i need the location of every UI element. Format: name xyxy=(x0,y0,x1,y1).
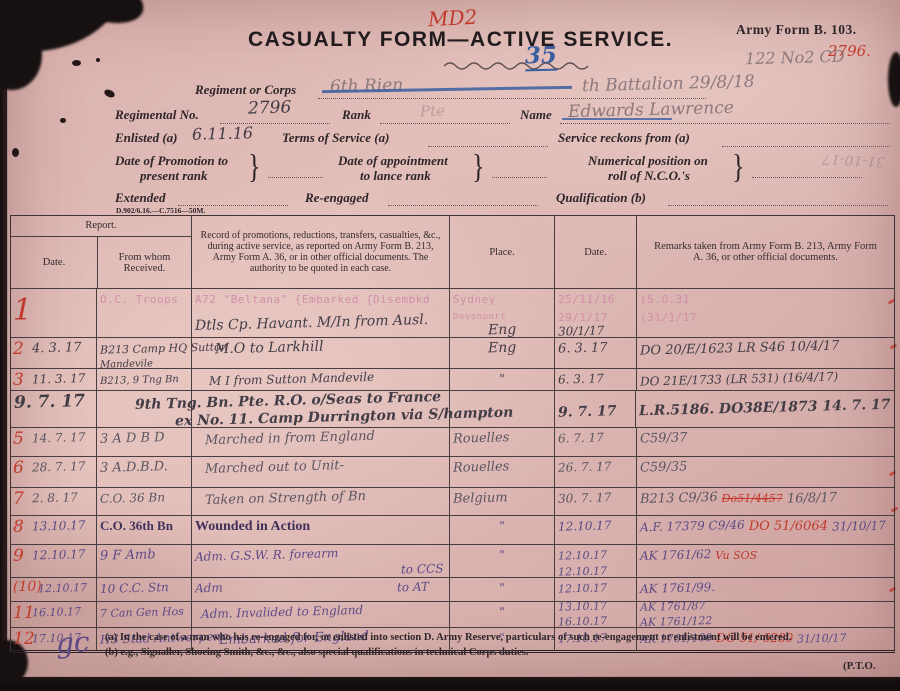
rank-label: Rank xyxy=(342,107,371,123)
regimental-no-label: Regimental No. xyxy=(115,107,199,123)
table-row: 514. 7. 17 3 A D B D Marched in from Eng… xyxy=(11,427,894,456)
record-stamp: A72 "Beltana" {Embarked {Disembkd xyxy=(195,293,430,306)
date-value: 6. 3. 17 xyxy=(558,371,604,386)
report-date-value: 12.10.17 xyxy=(14,581,87,596)
date-value: 12.10.17 xyxy=(558,548,607,562)
pto-note: (P.T.O. xyxy=(843,660,876,672)
place-stamp: Sydney xyxy=(453,293,496,306)
name-label: Name xyxy=(520,107,552,123)
remarks-value: L.R.5186. DO38E/1873 14. 7. 17 xyxy=(639,397,891,420)
from-whom-value: 9 F Amb xyxy=(100,547,156,563)
remarks-red: DO 51/6064 xyxy=(749,519,828,534)
footnote-a: (a) In the case of a man who has re-enga… xyxy=(105,632,865,643)
report-date-value: 4. 3. 17 xyxy=(14,340,82,357)
remarks-stamp: (S.O.31 xyxy=(640,293,690,306)
from-whom-value: O.C. Troops xyxy=(100,293,178,306)
qualification-label: Qualification (b) xyxy=(556,190,646,206)
from-whom-value: 10 C.C. Stn xyxy=(100,580,169,596)
enlisted-value: 6.11.16 xyxy=(192,123,254,144)
table-row: 1 O.C. Troops A72 "Beltana" {Embarked {D… xyxy=(11,288,894,337)
table-row: 813.10.17 C.O. 36th Bn Wounded in Action… xyxy=(11,515,894,544)
re-engaged-label: Re-engaged xyxy=(305,190,369,206)
record-value: M I from Sutton Mandevile xyxy=(209,370,374,388)
from-whom-value: 3 A D B D xyxy=(100,430,165,447)
table-row: 24. 3. 17 B213 Camp HQ Sutton Mandevile … xyxy=(11,337,894,368)
scan-edge-bottom xyxy=(0,676,900,691)
casualty-record-table: Report. Date. From whom Received. Record… xyxy=(10,215,895,653)
remarks-date: 31/10/17 xyxy=(832,518,886,533)
remarks-value: C59/35 xyxy=(640,459,688,475)
service-reckons-label: Service reckons from (a) xyxy=(558,130,690,146)
place-stamp2: Devonport xyxy=(453,312,506,322)
regimental-no-value: 2796 xyxy=(248,97,292,118)
remarks-value: DO 21E/1733 (LR 531) (16/4/17) xyxy=(640,369,839,388)
table-row: 9. 7. 17 9th Tng. Bn. Pte. R.O. o/Seas t… xyxy=(11,390,894,427)
place-value: Rouelles xyxy=(453,430,510,446)
from-whom-value: 7 Can Gen Hos xyxy=(100,605,184,620)
ink-speck xyxy=(72,60,81,66)
remarks-red-struck: Do51/4457 xyxy=(722,492,783,505)
from-whom-stamp: C.O. 36th Bn xyxy=(100,518,173,533)
remarks-value: AK 1761/62 xyxy=(640,547,712,563)
appointment-label: Date of appointment xyxy=(338,153,448,169)
record-value: Adm. Invalided to England xyxy=(201,603,363,621)
remarks-header: Remarks taken from Army Form B. 213, Arm… xyxy=(637,216,894,288)
footnote-b: (b) e.g., Signaller, Shoeing Smith, &c.,… xyxy=(105,647,528,658)
remarks-value: DO 20/E/1623 LR S46 10/4/17 xyxy=(640,338,840,358)
record-value: Adm xyxy=(195,581,223,596)
form-title: CASUALTY FORM—ACTIVE SERVICE. xyxy=(248,28,673,52)
report-date-value: 9. 7. 17 xyxy=(14,391,85,413)
record-value: M.O to Larkhill xyxy=(215,339,324,358)
place-handwritten: Eng xyxy=(488,322,517,339)
remarks-value: A.F. 17379 C9/46 xyxy=(640,518,745,535)
red-serial-number: 2796. xyxy=(828,42,871,60)
table-row: 628. 7. 17 3 A.D.B.D. Marched out to Uni… xyxy=(11,456,894,487)
place-value: Rouelles xyxy=(453,459,510,475)
row-number: 1 xyxy=(13,293,32,328)
brace: } xyxy=(732,148,744,187)
report-date-value: 14. 7. 17 xyxy=(14,430,86,446)
form-number: Army Form B. 103. xyxy=(736,22,857,38)
extended-label: Extended xyxy=(115,190,166,206)
regiment-value-struck: 6th Rien xyxy=(330,75,404,97)
table-row: 912.10.17 9 F Amb Adm. G.S.W. R. forearm… xyxy=(11,544,894,577)
side-note-date: 31-10-17 xyxy=(822,150,886,169)
record-handwritten: Dtls Cp. Havant. M/In from Ausl. xyxy=(195,312,429,334)
table-row: 311. 3. 17 B213, 9 Tng Bn M I from Sutto… xyxy=(11,368,894,390)
remarks-value: AK 1761/99. xyxy=(640,580,715,596)
record-value: Adm. G.S.W. R. forearm xyxy=(195,546,339,564)
appointment-label2: to lance rank xyxy=(360,168,431,184)
place-value: " xyxy=(499,548,505,562)
report-date-value: 2. 8. 17 xyxy=(14,490,78,506)
date-value: 6. 7. 17 xyxy=(558,430,604,445)
date-value: 12.10.17 xyxy=(558,518,612,533)
remarks-value: AK 1761/87 xyxy=(640,599,706,614)
brace: } xyxy=(248,148,260,187)
date-value: 6. 3. 17 xyxy=(558,340,608,356)
place-value: " xyxy=(499,581,505,595)
ink-speck xyxy=(96,58,100,62)
report-date-value: 13.10.17 xyxy=(14,518,86,534)
remarks-stamp2: (31/1/17 xyxy=(640,311,697,324)
monogram-initials: gc xyxy=(55,625,90,660)
date-stamp2: 29/1/17 xyxy=(558,311,608,324)
table-row: 72. 8. 17 C.O. 36 Bn Taken on Strength o… xyxy=(11,487,894,515)
promotion-label2: present rank xyxy=(140,168,208,184)
remarks-red: Vu SOS xyxy=(715,549,757,562)
place-value: Eng xyxy=(488,340,517,357)
report-header-group: Report. Date. From whom Received. xyxy=(11,216,192,288)
report-date-value: 11. 3. 17 xyxy=(14,371,86,387)
ink-speck xyxy=(60,118,66,123)
date-stamp: 25/11/16 xyxy=(558,293,615,306)
place-value: Belgium xyxy=(453,490,508,506)
date-value: 12.10.17 xyxy=(558,581,607,595)
ink-blot xyxy=(888,52,900,107)
from-whom-value: 3 A.D.B.D. xyxy=(100,459,168,476)
from-whom-header: From whom Received. xyxy=(98,237,191,288)
remarks-date: 16/8/17 xyxy=(787,490,838,506)
date-value: 13.10.17 xyxy=(558,599,607,613)
report-date-value: 16.10.17 xyxy=(14,605,81,620)
table-header-row: Report. Date. From whom Received. Record… xyxy=(11,216,894,288)
brace: } xyxy=(472,148,484,187)
regiment-label: Regiment or Corps xyxy=(195,82,296,98)
remarks-value: B213 C9/36 xyxy=(640,490,718,507)
enlisted-label: Enlisted (a) xyxy=(115,130,177,146)
blue-renumber-35: 35 xyxy=(525,42,558,72)
blue-underline xyxy=(562,118,672,120)
scan-edge-left xyxy=(0,0,8,691)
report-date-header: Date. xyxy=(11,237,98,288)
report-header: Report. xyxy=(11,216,191,237)
report-date-value: 28. 7. 17 xyxy=(14,459,86,475)
table-row: 1116.10.17 7 Can Gen Hos Adm. Invalided … xyxy=(11,601,894,627)
place-value: " xyxy=(499,519,505,533)
date-header: Date. xyxy=(555,216,637,288)
date-value: 30. 7. 17 xyxy=(558,490,612,505)
remarks-value: C59/37 xyxy=(640,430,688,446)
record-value: Marched in from England xyxy=(205,429,375,448)
place-value: " xyxy=(499,372,505,386)
record-stamp-wounded: Wounded in Action xyxy=(195,519,310,534)
promotion-label: Date of Promotion to xyxy=(115,153,228,169)
record-header: Record of promotions, reductions, transf… xyxy=(192,216,450,288)
date-value: 26. 7. 17 xyxy=(558,459,612,474)
rank-value: Pte xyxy=(420,102,445,121)
place-header: Place. xyxy=(450,216,555,288)
record-value: Taken on Strength of Bn xyxy=(205,489,366,508)
from-whom-value: C.O. 36 Bn xyxy=(100,490,165,506)
ink-speck xyxy=(12,148,19,157)
record-destination: to CCS xyxy=(400,561,443,576)
record-destination: to AT xyxy=(397,580,429,595)
numerical-position-label2: roll of N.C.O.'s xyxy=(608,168,690,184)
report-date-value: 12.10.17 xyxy=(14,547,86,563)
from-whom-value: B213, 9 Tng Bn xyxy=(100,374,179,387)
numerical-position-label: Numerical position on xyxy=(588,153,708,169)
place-value: " xyxy=(499,605,505,619)
print-code: D.902/6.16.—C.7516—50M. xyxy=(116,206,205,215)
record-value: Marched out to Unit- xyxy=(205,458,344,477)
date-value: 9. 7. 17 xyxy=(557,403,616,421)
terms-of-service-label: Terms of Service (a) xyxy=(282,130,389,146)
